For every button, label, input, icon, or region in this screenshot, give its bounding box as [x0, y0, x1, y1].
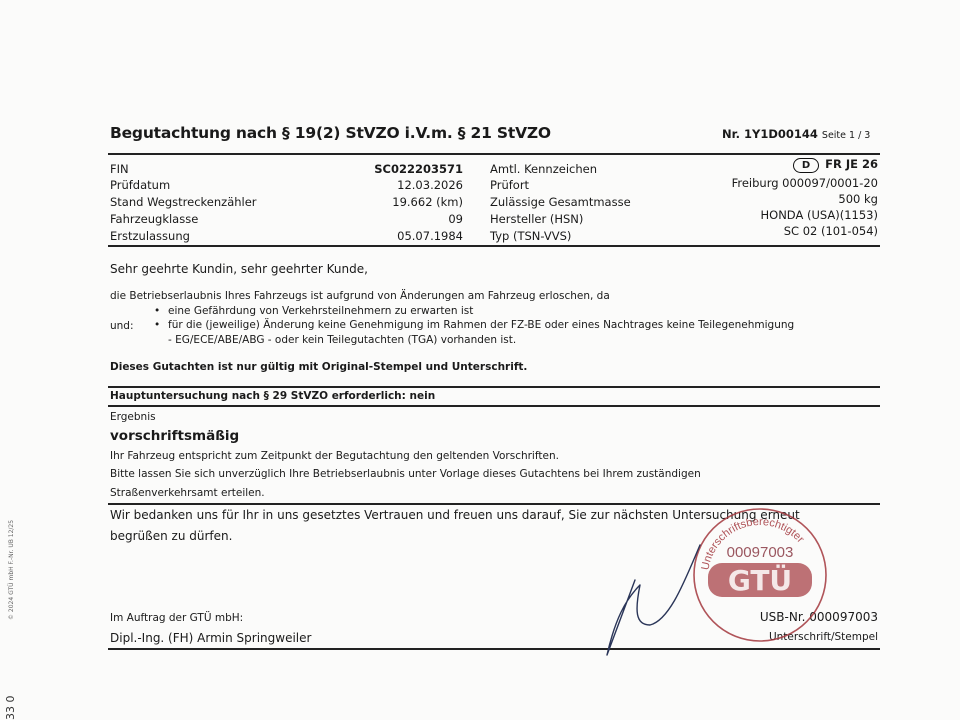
inspector-name: Dipl.-Ing. (FH) Armin Springweiler — [110, 631, 311, 645]
type-label: Typ (TSN-VVS) — [490, 229, 571, 243]
und-label: und: — [110, 320, 134, 332]
thanks-line-2: begrüßen zu dürfen. — [110, 529, 232, 543]
margin-code: 33 0 — [4, 696, 17, 720]
license-plate-value: DFR JE 26 — [793, 157, 878, 173]
document-number: Nr. 1Y1D00144Seite 1 / 3 — [722, 127, 870, 141]
odometer-value: 19.662 (km) — [392, 195, 463, 209]
type-value: SC 02 (101-054) — [784, 224, 878, 238]
first-registration-value: 05.07.1984 — [397, 229, 463, 243]
reason-bullet-2: für die (jeweilige) Änderung keine Geneh… — [168, 319, 794, 331]
hu-bottom-rule — [108, 405, 880, 407]
reason-bullet-2-cont: - EG/ECE/ABE/ABG - oder kein Teilegutach… — [168, 334, 516, 346]
country-code-badge: D — [793, 158, 819, 173]
license-plate-label: Amtl. Kennzeichen — [490, 162, 597, 176]
print-note: © 2024 GTÜ mbH F.-Nr. UB 12/25 — [8, 520, 15, 620]
document-title: Begutachtung nach § 19(2) StVZO i.V.m. §… — [110, 124, 551, 142]
intro-text: die Betriebserlaubnis Ihres Fahrzeugs is… — [110, 290, 610, 302]
fin-label: FIN — [110, 162, 129, 176]
reason-bullet-1: eine Gefährdung von Verkehrsteilnehmern … — [168, 305, 473, 317]
hu-required: Hauptuntersuchung nach § 29 StVZO erford… — [110, 390, 435, 402]
manufacturer-value: HONDA (USA)(1153) — [761, 208, 879, 222]
page-indicator: Seite 1 / 3 — [822, 130, 870, 141]
signature-icon — [595, 540, 735, 660]
result-label: Ergebnis — [110, 411, 156, 423]
svg-text:00097003: 00097003 — [727, 544, 794, 561]
instruction-line-1: Bitte lassen Sie sich unverzüglich Ihre … — [110, 468, 701, 480]
vehicle-data-rule — [108, 245, 880, 247]
fin-value: SC022203571 — [374, 162, 463, 176]
result-text: Ihr Fahrzeug entspricht zum Zeitpunkt de… — [110, 450, 559, 462]
vehicle-class-value: 09 — [448, 212, 463, 226]
salutation: Sehr geehrte Kundin, sehr geehrter Kunde… — [110, 262, 368, 276]
instruction-line-2: Straßenverkehrsamt erteilen. — [110, 487, 265, 499]
report-number: Nr. 1Y1D00144 — [722, 127, 818, 141]
validity-note: Dieses Gutachten ist nur gültig mit Orig… — [110, 361, 527, 373]
svg-text:GTÜ: GTÜ — [728, 563, 792, 597]
inspection-site-value: Freiburg 000097/0001-20 — [732, 176, 878, 190]
on-behalf-label: Im Auftrag der GTÜ mbH: — [110, 612, 243, 624]
inspection-report-page: Begutachtung nach § 19(2) StVZO i.V.m. §… — [0, 0, 960, 720]
gross-weight-value: 500 kg — [838, 192, 878, 206]
gross-weight-label: Zulässige Gesamtmasse — [490, 195, 631, 209]
vehicle-class-label: Fahrzeugklasse — [110, 212, 198, 226]
manufacturer-label: Hersteller (HSN) — [490, 212, 583, 226]
inspection-site-label: Prüfort — [490, 178, 529, 192]
result-value: vorschriftsmäßig — [110, 428, 239, 444]
hu-top-rule — [108, 386, 880, 388]
license-plate-number: FR JE 26 — [825, 157, 878, 171]
first-registration-label: Erstzulassung — [110, 229, 190, 243]
pruefdatum-value: 12.03.2026 — [397, 178, 463, 192]
pruefdatum-label: Prüfdatum — [110, 178, 170, 192]
footer-rule — [108, 648, 880, 650]
header-rule — [108, 153, 880, 155]
odometer-label: Stand Wegstreckenzähler — [110, 195, 257, 209]
